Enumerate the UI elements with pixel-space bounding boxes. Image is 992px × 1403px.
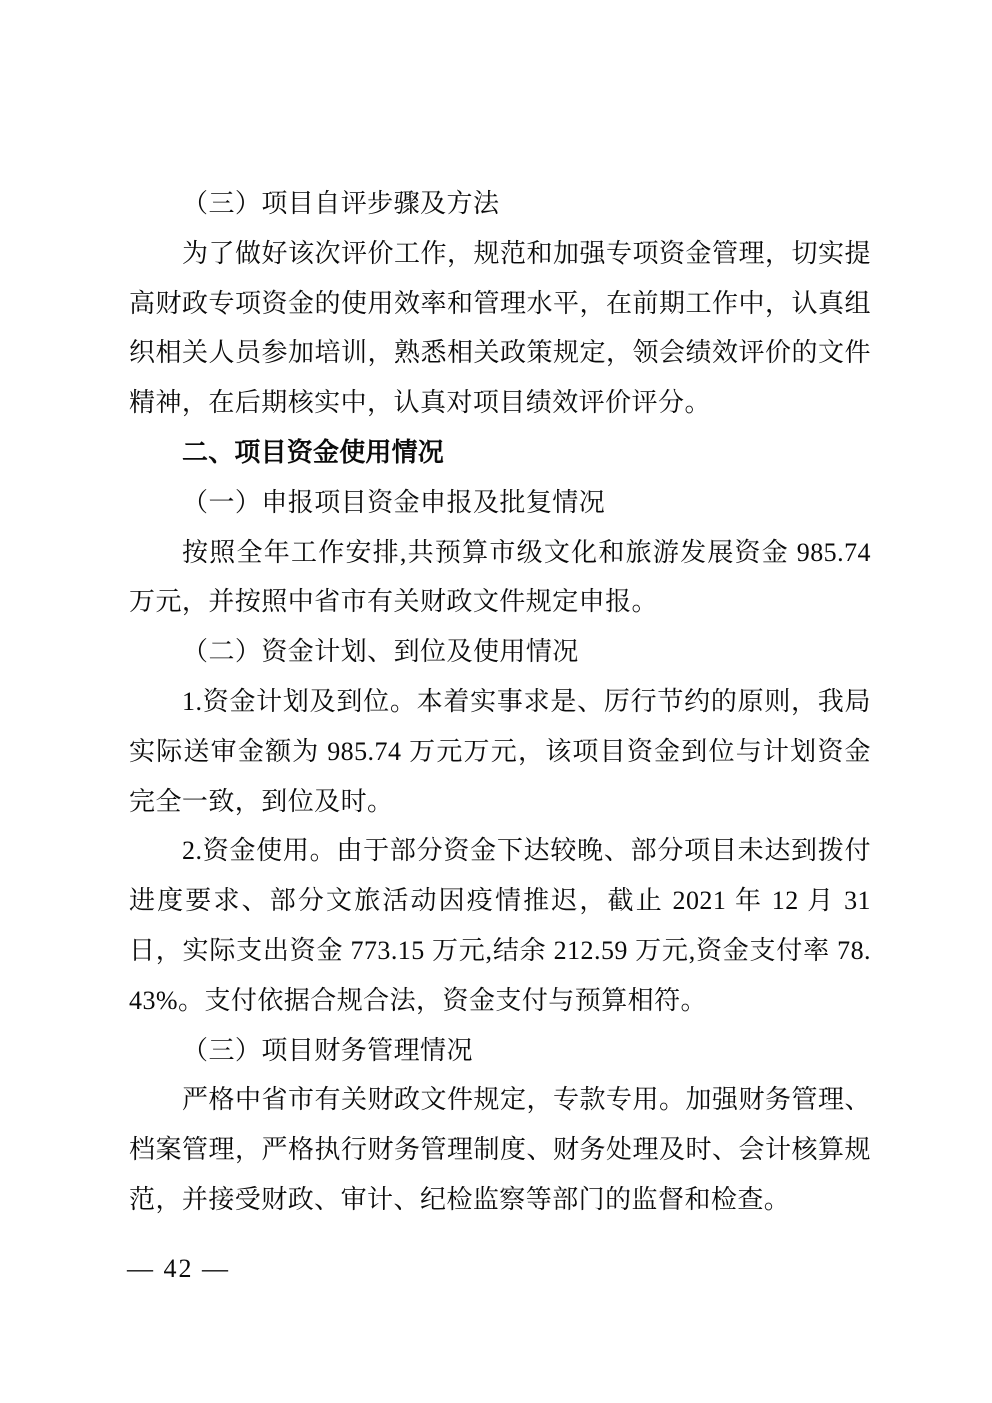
section-heading-fund-plan-arrival-usage: （二）资金计划、到位及使用情况 xyxy=(129,627,871,677)
document-body: （三）项目自评步骤及方法 为了做好该次评价工作，规范和加强专项资金管理，切实提高… xyxy=(129,179,871,1225)
paragraph-fund-plan-and-arrival: 1.资金计划及到位。本着实事求是、厉行节约的原则，我局实际送审金额为 985.7… xyxy=(129,677,871,826)
section-heading-self-evaluation-method: （三）项目自评步骤及方法 xyxy=(129,179,871,229)
section-heading-financial-management: （三）项目财务管理情况 xyxy=(129,1026,871,1076)
paragraph-financial-management-detail: 严格中省市有关财政文件规定，专款专用。加强财务管理、档案管理，严格执行财务管理制… xyxy=(129,1075,871,1224)
section-heading-fund-application-approval: （一）申报项目资金申报及批复情况 xyxy=(129,478,871,528)
chapter-heading-fund-usage: 二、项目资金使用情况 xyxy=(129,428,871,478)
document-page: （三）项目自评步骤及方法 为了做好该次评价工作，规范和加强专项资金管理，切实提高… xyxy=(0,0,992,1403)
paragraph-fund-expenditure: 2.资金使用。由于部分资金下达较晚、部分项目未达到拨付进度要求、部分文旅活动因疫… xyxy=(129,826,871,1025)
paragraph-evaluation-preparation: 为了做好该次评价工作，规范和加强专项资金管理，切实提高财政专项资金的使用效率和管… xyxy=(129,229,871,428)
paragraph-budget-application: 按照全年工作安排,共预算市级文化和旅游发展资金 985.74 万元，并按照中省市… xyxy=(129,528,871,628)
page-footer: — 42 — xyxy=(127,1249,230,1289)
page-number: — 42 — xyxy=(127,1254,230,1283)
